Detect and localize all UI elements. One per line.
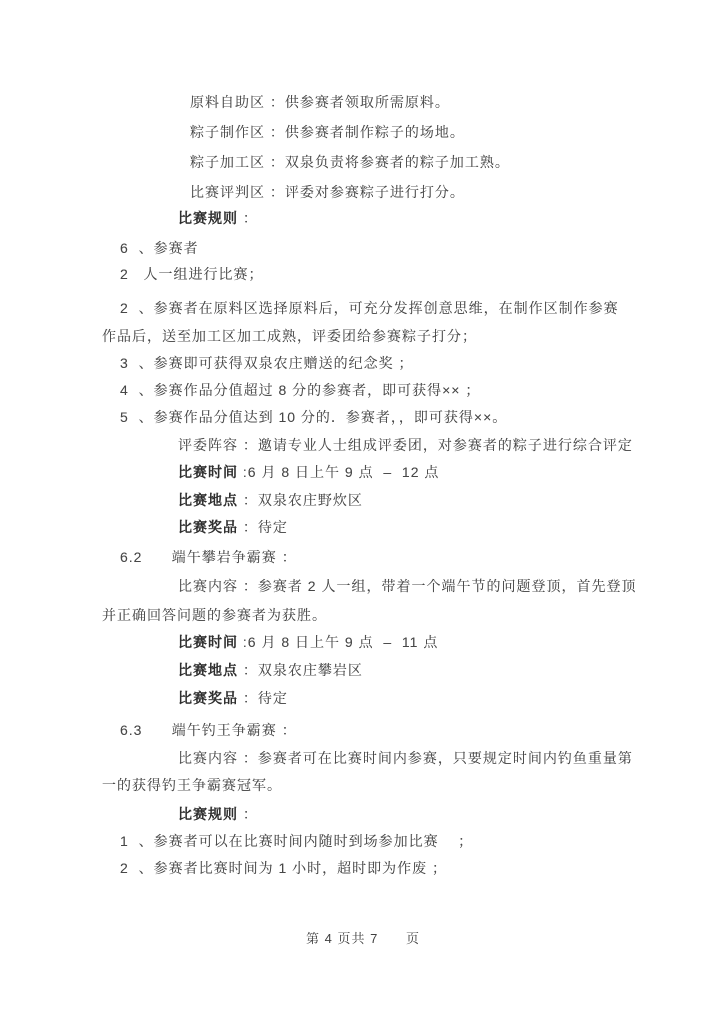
list-item-4-score-8: 4 、参赛作品分值超过 8 分的参赛者，即可获得×× ；: [120, 382, 480, 399]
rules-heading-2: 比赛规则 ：: [178, 806, 258, 823]
location-line-zongzi-label: 比赛地点: [178, 492, 238, 508]
location-line-climbing-label: 比赛地点: [178, 662, 238, 678]
location-line-climbing: 比赛地点 ：双泉农庄攀岩区: [178, 662, 363, 679]
rules-heading-1-colon: ：: [238, 210, 258, 226]
content-line-fishing: 比赛内容 ：参赛者可在比赛时间内参赛，只要规定时间内钓鱼重量第: [178, 750, 633, 767]
time-line-zongzi-label: 比赛时间: [178, 464, 238, 480]
time-line-climbing-value: :6 月 8 日上午 9 点 – 11 点: [238, 634, 438, 650]
rules-heading-2-label: 比赛规则: [178, 806, 238, 822]
list-item-2-fishing: 2 、参赛者比赛时间为 1 小时，超时即为作废 ；: [120, 860, 447, 877]
zone-line-making: 粽子制作区 ：供参赛者制作粽子的场地。: [190, 124, 465, 141]
subsection-6-3-heading: 6.3 端午钓王争霸赛 ：: [120, 722, 297, 739]
time-line-climbing: 比赛时间 :6 月 8 日上午 9 点 – 11 点: [178, 634, 438, 651]
prize-line-climbing-label: 比赛奖品: [178, 690, 238, 706]
list-item-2-per-group: 2 人一组进行比赛；: [120, 266, 263, 283]
list-item-1-fishing: 1 、参赛者可以在比赛时间内随时到场参加比赛 ；: [120, 833, 473, 850]
time-line-zongzi-value: :6 月 8 日上午 9 点 – 12 点: [238, 464, 439, 480]
judges-panel-line: 评委阵容 ：邀请专业人士组成评委团，对参赛者的粽子进行综合评定: [178, 437, 633, 454]
zone-line-judging: 比赛评判区 ：评委对参赛粽子进行打分。: [190, 184, 465, 201]
zone-line-raw-material: 原料自助区 ：供参赛者领取所需原料。: [190, 94, 450, 111]
rules-heading-1: 比赛规则 ：: [178, 210, 258, 227]
list-item-6-participants: 6 、参赛者: [120, 240, 199, 257]
location-line-zongzi-value: ：双泉农庄野炊区: [238, 492, 363, 508]
document-page: 原料自助区 ：供参赛者领取所需原料。 粽子制作区 ：供参赛者制作粽子的场地。 粽…: [0, 0, 720, 1018]
time-line-zongzi: 比赛时间 :6 月 8 日上午 9 点 – 12 点: [178, 464, 439, 481]
location-line-zongzi: 比赛地点 ：双泉农庄野炊区: [178, 492, 363, 509]
prize-line-zongzi: 比赛奖品 ：待定: [178, 519, 288, 536]
list-item-2-process-cont: 作品后，送至加工区加工成熟，评委团给参赛粽子打分；: [102, 328, 477, 345]
content-line-climbing: 比赛内容 ：参赛者 2 人一组，带着一个端午节的问题登顶，首先登顶: [178, 578, 636, 595]
page-footer: 第 4 页共 7 页: [306, 931, 420, 946]
time-line-climbing-label: 比赛时间: [178, 634, 238, 650]
rules-heading-1-label: 比赛规则: [178, 210, 238, 226]
prize-line-zongzi-label: 比赛奖品: [178, 519, 238, 535]
prize-line-climbing: 比赛奖品 ：待定: [178, 690, 288, 707]
rules-heading-2-colon: ：: [238, 806, 258, 822]
list-item-5-score-10: 5 、参赛作品分值达到 10 分的．参赛者，，即可获得××。: [120, 409, 507, 426]
content-line-fishing-cont: 一的获得钓王争霸赛冠军。: [102, 777, 282, 794]
subsection-6-2-heading: 6.2 端午攀岩争霸赛 ：: [120, 549, 297, 566]
location-line-climbing-value: ：双泉农庄攀岩区: [238, 662, 363, 678]
list-item-2-process: 2 、参赛者在原料区选择原料后，可充分发挥创意思维，在制作区制作参赛: [120, 300, 619, 317]
prize-line-zongzi-value: ：待定: [238, 519, 288, 535]
zone-line-processing: 粽子加工区 ：双泉负责将参赛者的粽子加工熟。: [190, 154, 510, 171]
prize-line-climbing-value: ：待定: [238, 690, 288, 706]
content-line-climbing-cont: 并正确回答问题的参赛者为获胜。: [102, 607, 327, 624]
list-item-3-souvenir: 3 、参赛即可获得双泉农庄赠送的纪念奖 ；: [120, 355, 413, 372]
